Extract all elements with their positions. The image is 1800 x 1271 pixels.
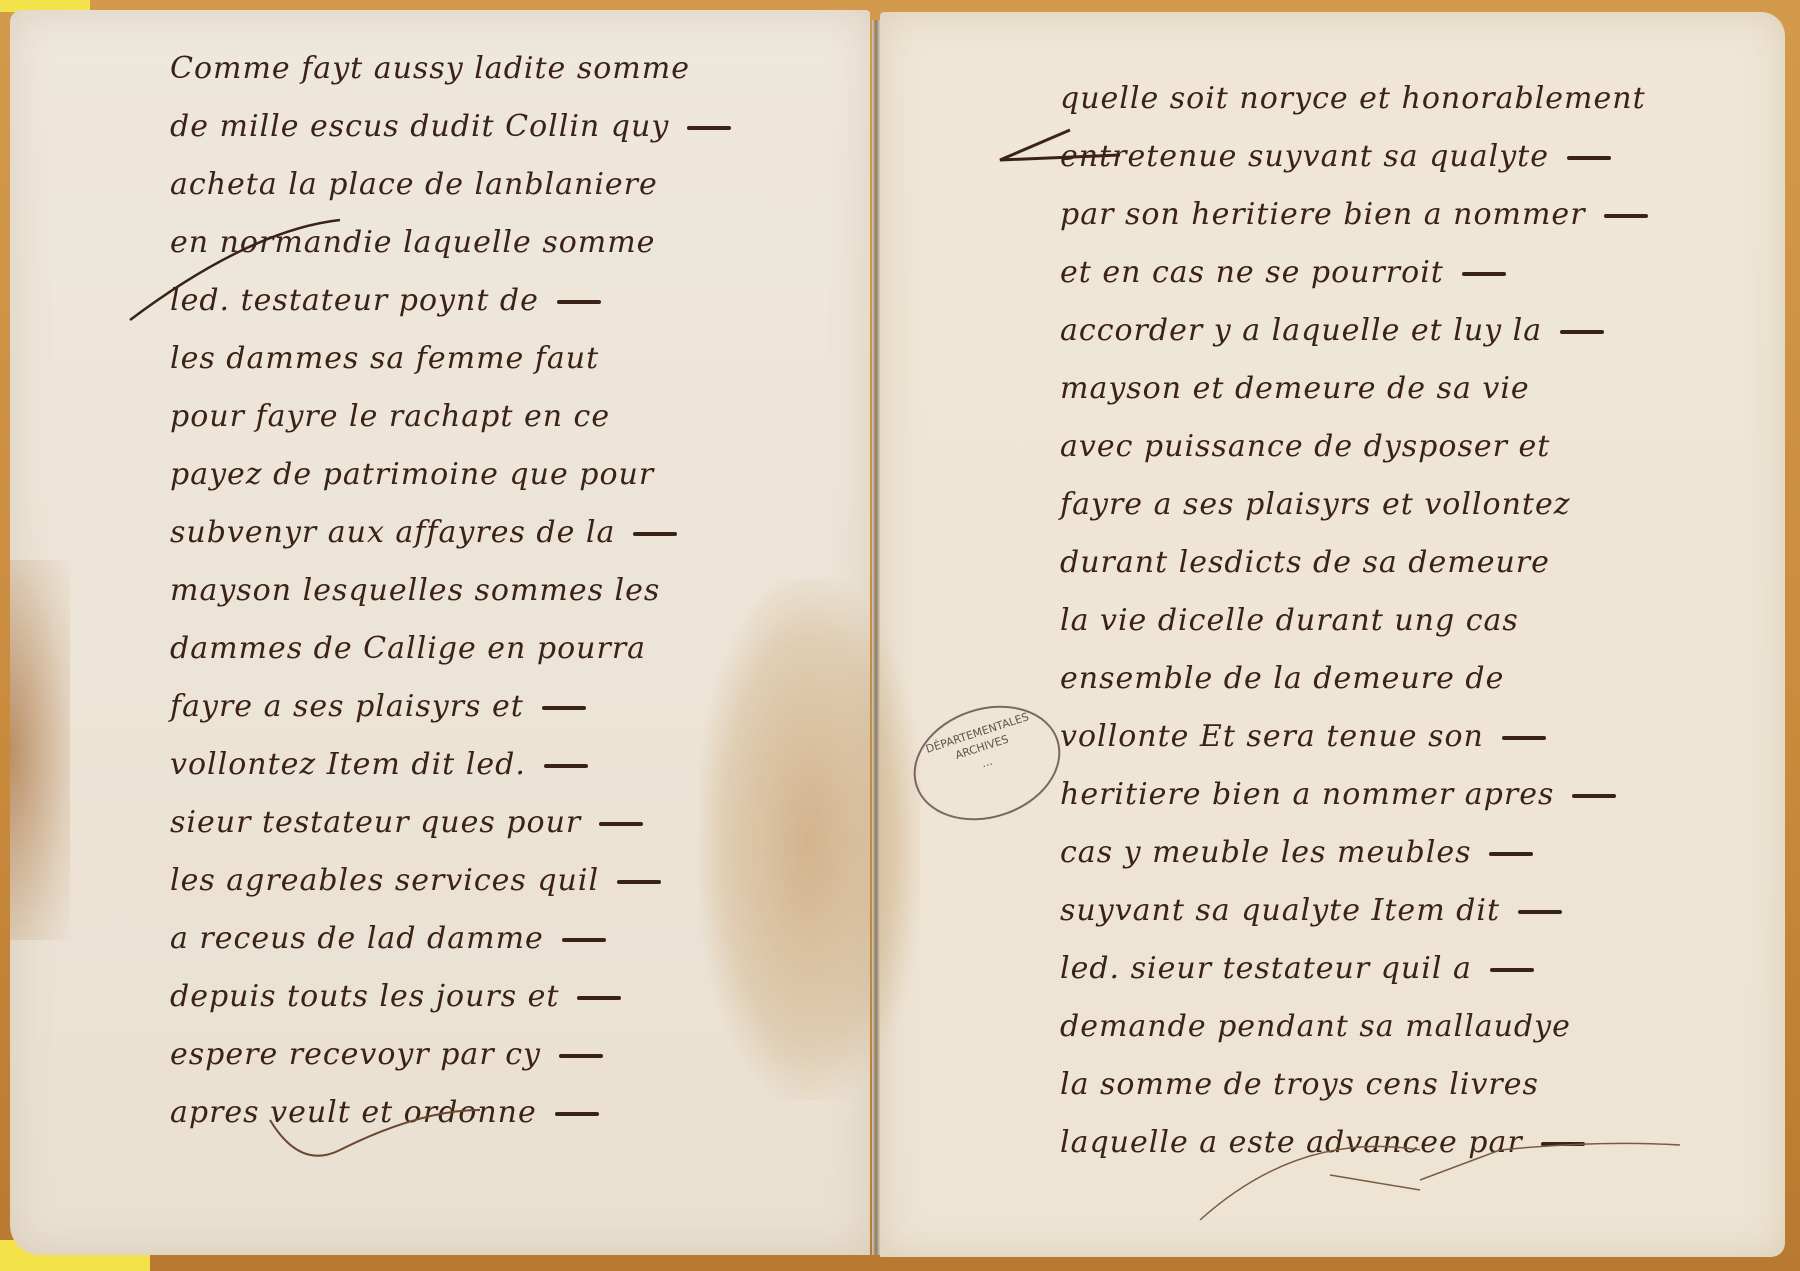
manuscript-line: mayson et demeure de sa vie <box>1060 360 1780 418</box>
manuscript-line: vollontez Item dit led. <box>170 736 870 794</box>
book-gutter <box>872 20 880 1255</box>
manuscript-line: avec puissance de dysposer et <box>1060 418 1780 476</box>
manuscript-line: suyvant sa qualyte Item dit <box>1060 882 1780 940</box>
manuscript-line: sieur testateur ques pour <box>170 794 870 852</box>
manuscript-line: led. sieur testateur quil a <box>1060 940 1780 998</box>
line-filler-dash <box>1567 156 1611 160</box>
line-filler-dash <box>599 822 643 826</box>
manuscript-line: par son heritiere bien a nommer <box>1060 186 1780 244</box>
line-filler-dash <box>1490 968 1534 972</box>
line-filler-dash <box>1541 1142 1585 1146</box>
manuscript-line: les agreables services quil <box>170 852 870 910</box>
line-filler-dash <box>687 126 731 130</box>
manuscript-line: espere recevoyr par cy <box>170 1026 870 1084</box>
line-filler-dash <box>559 1054 603 1058</box>
manuscript-line: mayson lesquelles sommes les <box>170 562 870 620</box>
manuscript-line: de mille escus dudit Collin quy <box>170 98 870 156</box>
manuscript-line: la vie dicelle durant ung cas <box>1060 592 1780 650</box>
line-filler-dash <box>555 1112 599 1116</box>
manuscript-line: vollonte Et sera tenue son <box>1060 708 1780 766</box>
manuscript-line: Comme fayt aussy ladite somme <box>170 40 870 98</box>
edge-stain <box>10 560 70 940</box>
line-filler-dash <box>562 938 606 942</box>
manuscript-line: dammes de Callige en pourra <box>170 620 870 678</box>
manuscript-line: la somme de troys cens livres <box>1060 1056 1780 1114</box>
line-filler-dash <box>557 300 601 304</box>
manuscript-line: a receus de lad damme <box>170 910 870 968</box>
line-filler-dash <box>544 764 588 768</box>
manuscript-line: apres veult et ordonne <box>170 1084 870 1142</box>
manuscript-line: accorder y a laquelle et luy la <box>1060 302 1780 360</box>
manuscript-line: ensemble de la demeure de <box>1060 650 1780 708</box>
line-filler-dash <box>1502 736 1546 740</box>
manuscript-line: quelle soit noryce et honorablement <box>1060 70 1780 128</box>
line-filler-dash <box>617 880 661 884</box>
manuscript-line: en normandie laquelle somme <box>170 214 870 272</box>
manuscript-line: depuis touts les jours et <box>170 968 870 1026</box>
manuscript-line: heritiere bien a nommer apres <box>1060 766 1780 824</box>
line-filler-dash <box>1572 794 1616 798</box>
line-filler-dash <box>1604 214 1648 218</box>
manuscript-line: pour fayre le rachapt en ce <box>170 388 870 446</box>
line-filler-dash <box>633 532 677 536</box>
manuscript-line: fayre a ses plaisyrs et <box>170 678 870 736</box>
manuscript-line: subvenyr aux affayres de la <box>170 504 870 562</box>
manuscript-line: fayre a ses plaisyrs et vollontez <box>1060 476 1780 534</box>
manuscript-line: laquelle a este advancee par <box>1060 1114 1780 1172</box>
line-filler-dash <box>1489 852 1533 856</box>
manuscript-line: payez de patrimoine que pour <box>170 446 870 504</box>
line-filler-dash <box>577 996 621 1000</box>
manuscript-line: cas y meuble les meubles <box>1060 824 1780 882</box>
manuscript-line: led. testateur poynt de <box>170 272 870 330</box>
right-page-text: quelle soit noryce et honorablement entr… <box>1060 70 1780 1172</box>
line-filler-dash <box>1518 910 1562 914</box>
line-filler-dash <box>542 706 586 710</box>
line-filler-dash <box>1560 330 1604 334</box>
manuscript-line: les dammes sa femme faut <box>170 330 870 388</box>
manuscript-line: acheta la place de lanblaniere <box>170 156 870 214</box>
manuscript-line: et en cas ne se pourroit <box>1060 244 1780 302</box>
left-page-text: Comme fayt aussy ladite somme de mille e… <box>170 40 870 1142</box>
manuscript-line: demande pendant sa mallaudye <box>1060 998 1780 1056</box>
line-filler-dash <box>1462 272 1506 276</box>
manuscript-line: durant lesdicts de sa demeure <box>1060 534 1780 592</box>
manuscript-line: entretenue suyvant sa qualyte <box>1060 128 1780 186</box>
